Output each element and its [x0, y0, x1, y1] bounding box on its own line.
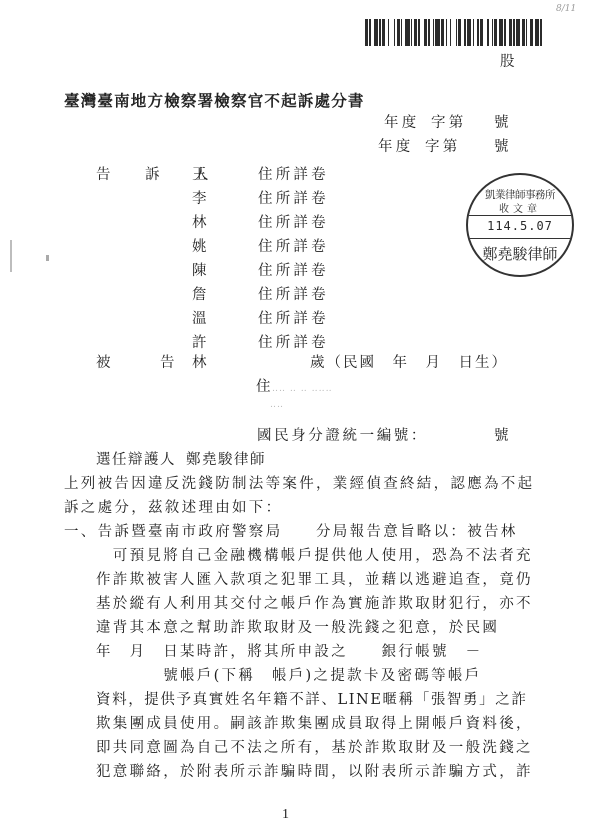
complainant-address: 住所詳卷: [258, 213, 329, 233]
defendant-id-label: 國民身分證統一編號：: [257, 426, 428, 446]
case-no-label: 號: [494, 137, 512, 157]
case-no-label: 號: [494, 113, 512, 133]
defendant-age-birth: 歲（民國 年 月 日生）: [310, 353, 508, 373]
defense-counsel-label: 選任辯護人: [96, 450, 176, 470]
complainant-address: 住所詳卷: [258, 237, 329, 257]
complainant-surname: 李: [192, 189, 210, 209]
stamp-date: 114.5.07: [468, 219, 572, 233]
corner-page-note: 8/11: [556, 4, 576, 14]
page-number: 1: [282, 807, 289, 823]
stamp-divider-bottom: [468, 238, 572, 239]
body-line: 號帳戶(下稱 帳戶)之提款卡及密碼等帳戶: [96, 666, 482, 686]
defendant-label-1: 被: [96, 353, 114, 373]
body-line: 違背其本意之幫助詐欺取財及一般洗錢之犯意，於民國: [96, 618, 499, 638]
body-line: 一、告訴暨臺南市政府警察局 分局報告意旨略以：被告林: [64, 522, 518, 542]
margin-dot-mark: [46, 255, 49, 261]
body-line: 可預見將自己金融機構帳戶提供他人使用，恐為不法者充: [96, 546, 533, 566]
body-line: 上列被告因違反洗錢防制法等案件，業經偵查終結，認應為不起: [64, 474, 534, 494]
defendant-id-suffix: 號: [494, 426, 512, 446]
complainant-surname: 姚: [192, 237, 210, 257]
complainant-address: 住所詳卷: [258, 333, 329, 353]
complainant-address: 住所詳卷: [258, 261, 329, 281]
redacted-address-line2: ‥‥: [270, 400, 284, 410]
case-word-label: 字第: [431, 113, 466, 133]
case-year-label: 年度: [384, 113, 419, 133]
redacted-address: ‥‥ ‥ ‥ ‥‥‥: [272, 384, 333, 394]
case-word-label: 字第: [425, 137, 460, 157]
stamp-divider-top: [468, 215, 572, 216]
body-line: 犯意聯絡，於附表所示詐騙時間，以附表所示詐騙方式，詐: [96, 762, 533, 782]
division-label: 股: [500, 52, 515, 72]
barcode-space: [542, 19, 545, 46]
complainant-surname: 溫: [192, 309, 210, 329]
body-line: 訴之處分，茲敘述理由如下：: [64, 498, 282, 518]
case-year-label: 年度: [378, 137, 413, 157]
complainant-address: 住所詳卷: [258, 309, 329, 329]
stamp-attorney-name: 鄭堯駿律師: [468, 243, 572, 264]
body-line: 資料，提供予真實姓名年籍不詳、LINE暱稱「張智勇」之詐: [96, 690, 527, 710]
margin-scan-mark: [10, 240, 12, 272]
complainant-address: 住所詳卷: [258, 285, 329, 305]
body-line: 欺集團成員使用。嗣該詐欺集團成員取得上開帳戶資料後，: [96, 714, 533, 734]
stamp-label: 收文章: [468, 200, 572, 215]
complainant-surname: 陳: [192, 261, 210, 281]
complainant-address: 住所詳卷: [258, 189, 329, 209]
body-line: 作詐欺被害人匯入款項之犯罪工具，並藉以逃避追查，竟仍: [96, 570, 533, 590]
complainant-surname: 林: [192, 213, 210, 233]
document-title: 臺灣臺南地方檢察署檢察官不起訴處分書: [64, 89, 365, 111]
complainant-surname: 王: [192, 165, 210, 185]
complainant-surname: 許: [192, 333, 210, 353]
received-stamp: 凱業律師事務所 收文章 114.5.07 鄭堯駿律師: [466, 173, 574, 277]
body-line: 即共同意圖為自己不法之所有，基於詐欺取財及一般洗錢之: [96, 738, 533, 758]
barcode: [365, 19, 545, 46]
body-line: 年 月 日某時許，將其所申設之 銀行帳號 －: [96, 642, 482, 662]
body-line: 基於縱有人利用其交付之帳戶作為實施詐欺取財犯行，亦不: [96, 594, 533, 614]
defendant-label-2: 告: [160, 353, 178, 373]
complainant-surname: 詹: [192, 285, 210, 305]
complainant-address: 住所詳卷: [258, 165, 329, 185]
defendant-surname: 林: [192, 353, 210, 373]
defense-counsel-name: 鄭堯駿律師: [186, 450, 266, 470]
